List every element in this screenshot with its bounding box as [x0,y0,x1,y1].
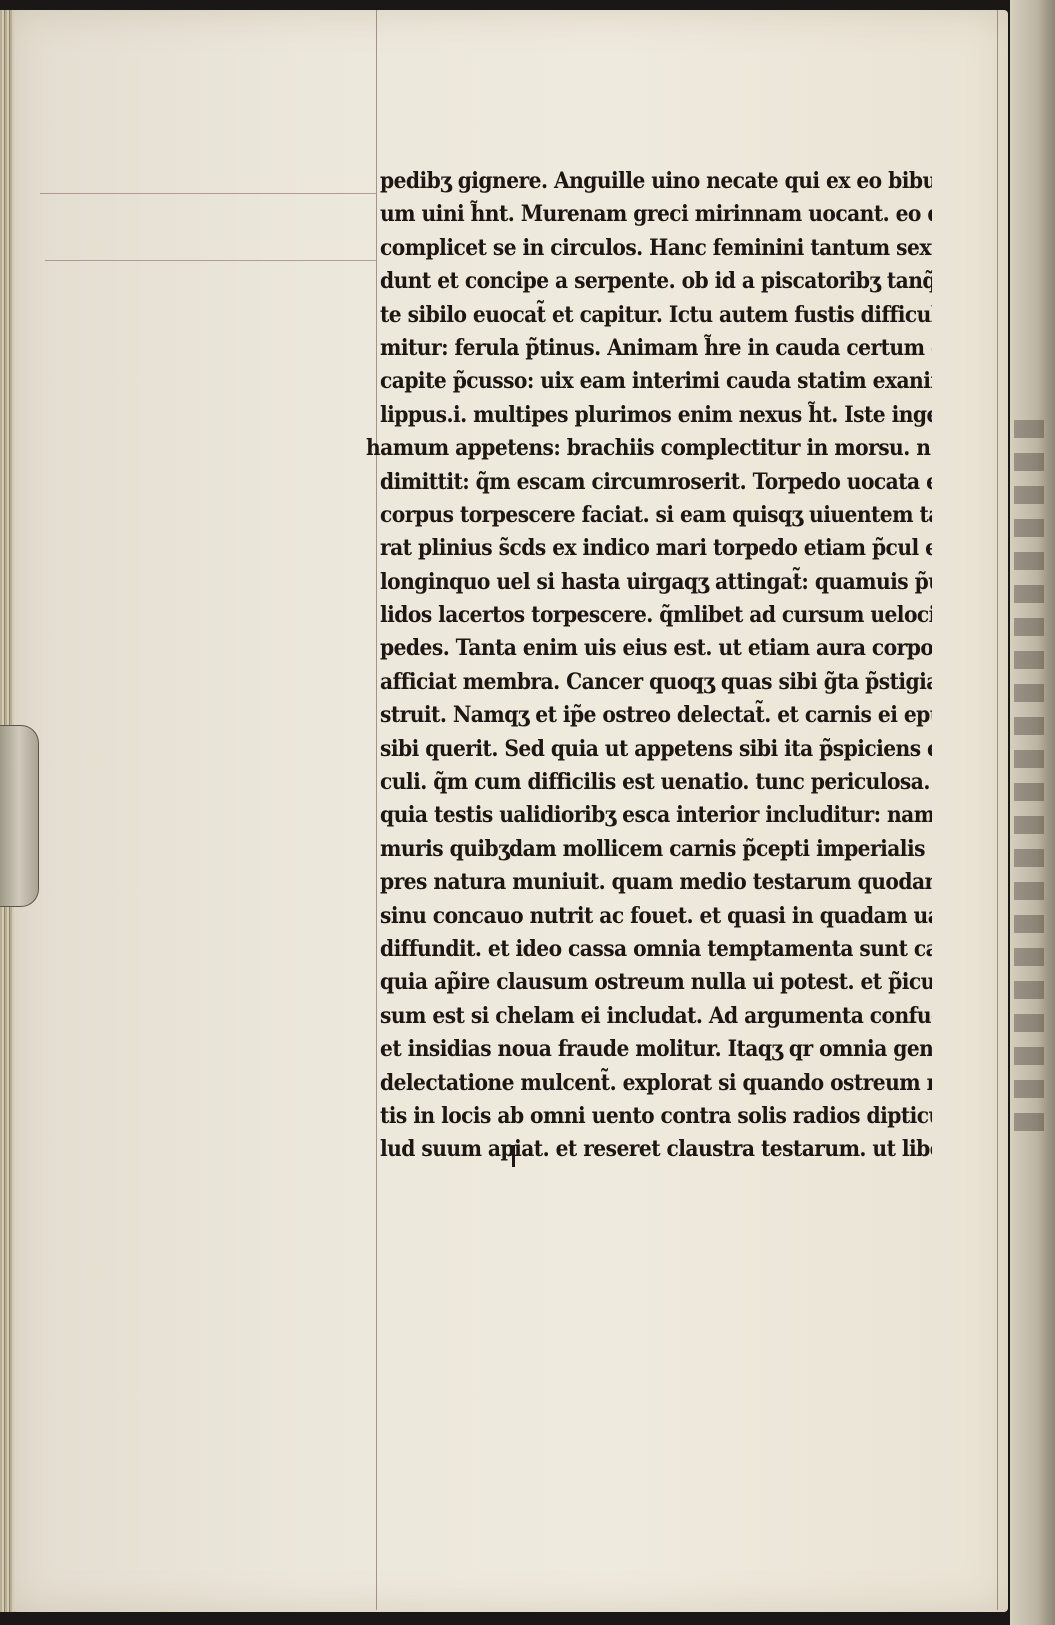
text-line: culi. q̃m cum difficilis est uenatio. tu… [380,766,932,799]
text-column: pedibʒ gignere. Anguille uino necate qui… [380,165,980,1167]
text-line: sum est si chelam ei includat. Ad argume… [380,1000,932,1033]
page-clasp [0,725,39,907]
text-line: tis in locis ab omni uento contra solis … [380,1100,932,1133]
ruling-horizontal-2 [45,260,376,261]
text-line: pres natura muniuit. quam medio testarum… [380,866,932,899]
ruling-right-margin [997,10,998,1610]
text-line: longinquo uel si hasta uirgaqʒ attingat̃… [380,566,932,599]
text-line: dunt et concipe a serpente. ob id a pisc… [380,265,932,298]
text-line: lidos lacertos torpescere. q̃mlibet ad c… [380,599,932,632]
text-line: sinu concauo nutrit ac fouet. et quasi i… [380,900,932,933]
text-line: afficiat membra. Cancer quoqʒ quas sibi … [380,666,932,699]
text-line: pedibʒ gignere. Anguille uino necate qui… [380,165,932,198]
text-line: et insidias noua fraude molitur. Itaqʒ q… [380,1033,932,1066]
text-line: delectatione mulcent̃. explorat si quand… [380,1067,932,1100]
text-line: diffundit. et ideo cassa omnia temptamen… [380,933,932,966]
text-line: corpus torpescere faciat. si eam quisqʒ … [380,499,932,532]
text-line: capite p̃cusso: uix eam interimi cauda s… [380,365,932,398]
text-line: hamum appetens: brachiis complectitur in… [366,432,931,465]
text-line: complicet se in circulos. Hanc feminini … [380,232,932,265]
ruling-left-margin [376,10,377,1610]
text-line: quia testis ualidioribʒ esca interior in… [380,799,932,832]
text-line: quia ap̃ire clausum ostreum nulla ui pot… [380,966,932,999]
text-line: pedes. Tanta enim uis eius est. ut etiam… [380,632,932,665]
adjacent-page-edge [1010,0,1055,1625]
text-line: um uini h̃nt. Murenam greci mirinnam uoc… [380,198,932,231]
descender-flourish [512,1145,515,1167]
adjacent-page-text [1014,420,1044,1140]
text-line: lud suum apiat. et reseret claustra test… [380,1133,932,1166]
text-line: mitur: ferula p̃tinus. Animam h̃re in ca… [380,332,932,365]
text-line: dimittit: q̃m escam circumroserit. Torpe… [380,466,932,499]
text-line: muris quibʒdam mollicem carnis p̃cepti i… [380,833,932,866]
text-line: rat plinius s̃cds ex indico mari torpedo… [380,532,932,565]
text-line: struit. Namqʒ et ip̃e ostreo delectat̃. … [380,699,932,732]
text-line: te sibilo euocat̃ et capitur. Ictu autem… [380,299,932,332]
ruling-horizontal-1 [40,193,376,194]
text-line: sibi querit. Sed quia ut appetens sibi i… [380,733,932,766]
text-line: lippus.i. multipes plurimos enim nexus h… [380,399,932,432]
